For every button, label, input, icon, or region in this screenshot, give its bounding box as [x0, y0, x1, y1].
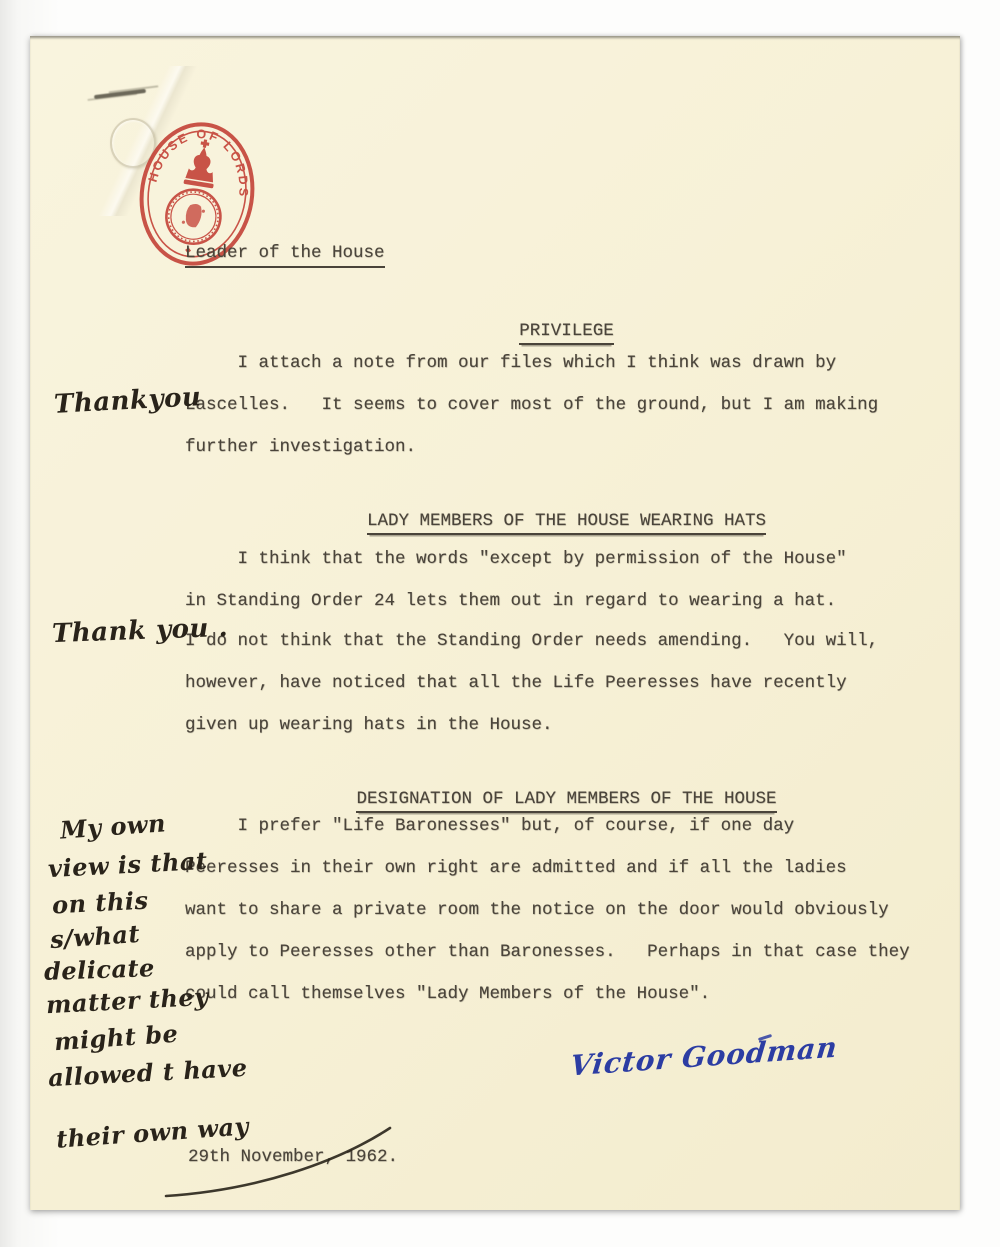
margin-note-line: My own — [59, 808, 167, 844]
body-line: Lascelles. It seems to cover most of the… — [185, 394, 878, 416]
margin-note-line: might be — [53, 1019, 179, 1057]
crown-icon — [183, 137, 220, 188]
margin-note-line: on this — [51, 885, 149, 919]
body-line: I prefer "Life Baronesses" but, of cours… — [185, 815, 794, 837]
section-title-hats: LADY MEMBERS OF THE HOUSE WEARING HATS — [185, 488, 885, 554]
staple-mark — [94, 89, 146, 99]
body-line: I do not think that the Standing Order n… — [185, 630, 878, 652]
body-line: want to share a private room the notice … — [185, 899, 889, 921]
body-line: given up wearing hats in the House. — [185, 714, 553, 736]
scanned-document: HOUSE OF LORDS Leader of the House PRIVI… — [0, 0, 1000, 1247]
margin-note-line: s/what — [49, 919, 141, 954]
body-line: I attach a note from our files which I t… — [185, 352, 836, 374]
body-line: in Standing Order 24 lets them out in re… — [185, 590, 836, 612]
margin-note-line: delicate — [44, 953, 156, 986]
addressee-heading: Leader of the House — [185, 242, 385, 268]
handwritten-note-privilege: Thankyou — [53, 382, 202, 420]
body-line: further investigation. — [185, 436, 416, 458]
signature: Victor Goodman — [569, 1030, 840, 1082]
body-line: however, have noticed that all the Life … — [185, 672, 847, 694]
body-line: Peeresses in their own right are admitte… — [185, 857, 847, 879]
letter-paper: HOUSE OF LORDS Leader of the House PRIVI… — [30, 36, 960, 1210]
handwritten-note-hats: Thank you . — [52, 613, 229, 649]
pen-flourish-line — [138, 1082, 398, 1202]
margin-note-line: matter they — [45, 982, 209, 1019]
body-line: apply to Peeresses other than Baronesses… — [185, 941, 910, 963]
body-line: I think that the words "except by permis… — [185, 548, 847, 570]
stamp-emblem — [181, 202, 206, 228]
body-line: could call themselves "Lady Members of t… — [185, 983, 710, 1005]
